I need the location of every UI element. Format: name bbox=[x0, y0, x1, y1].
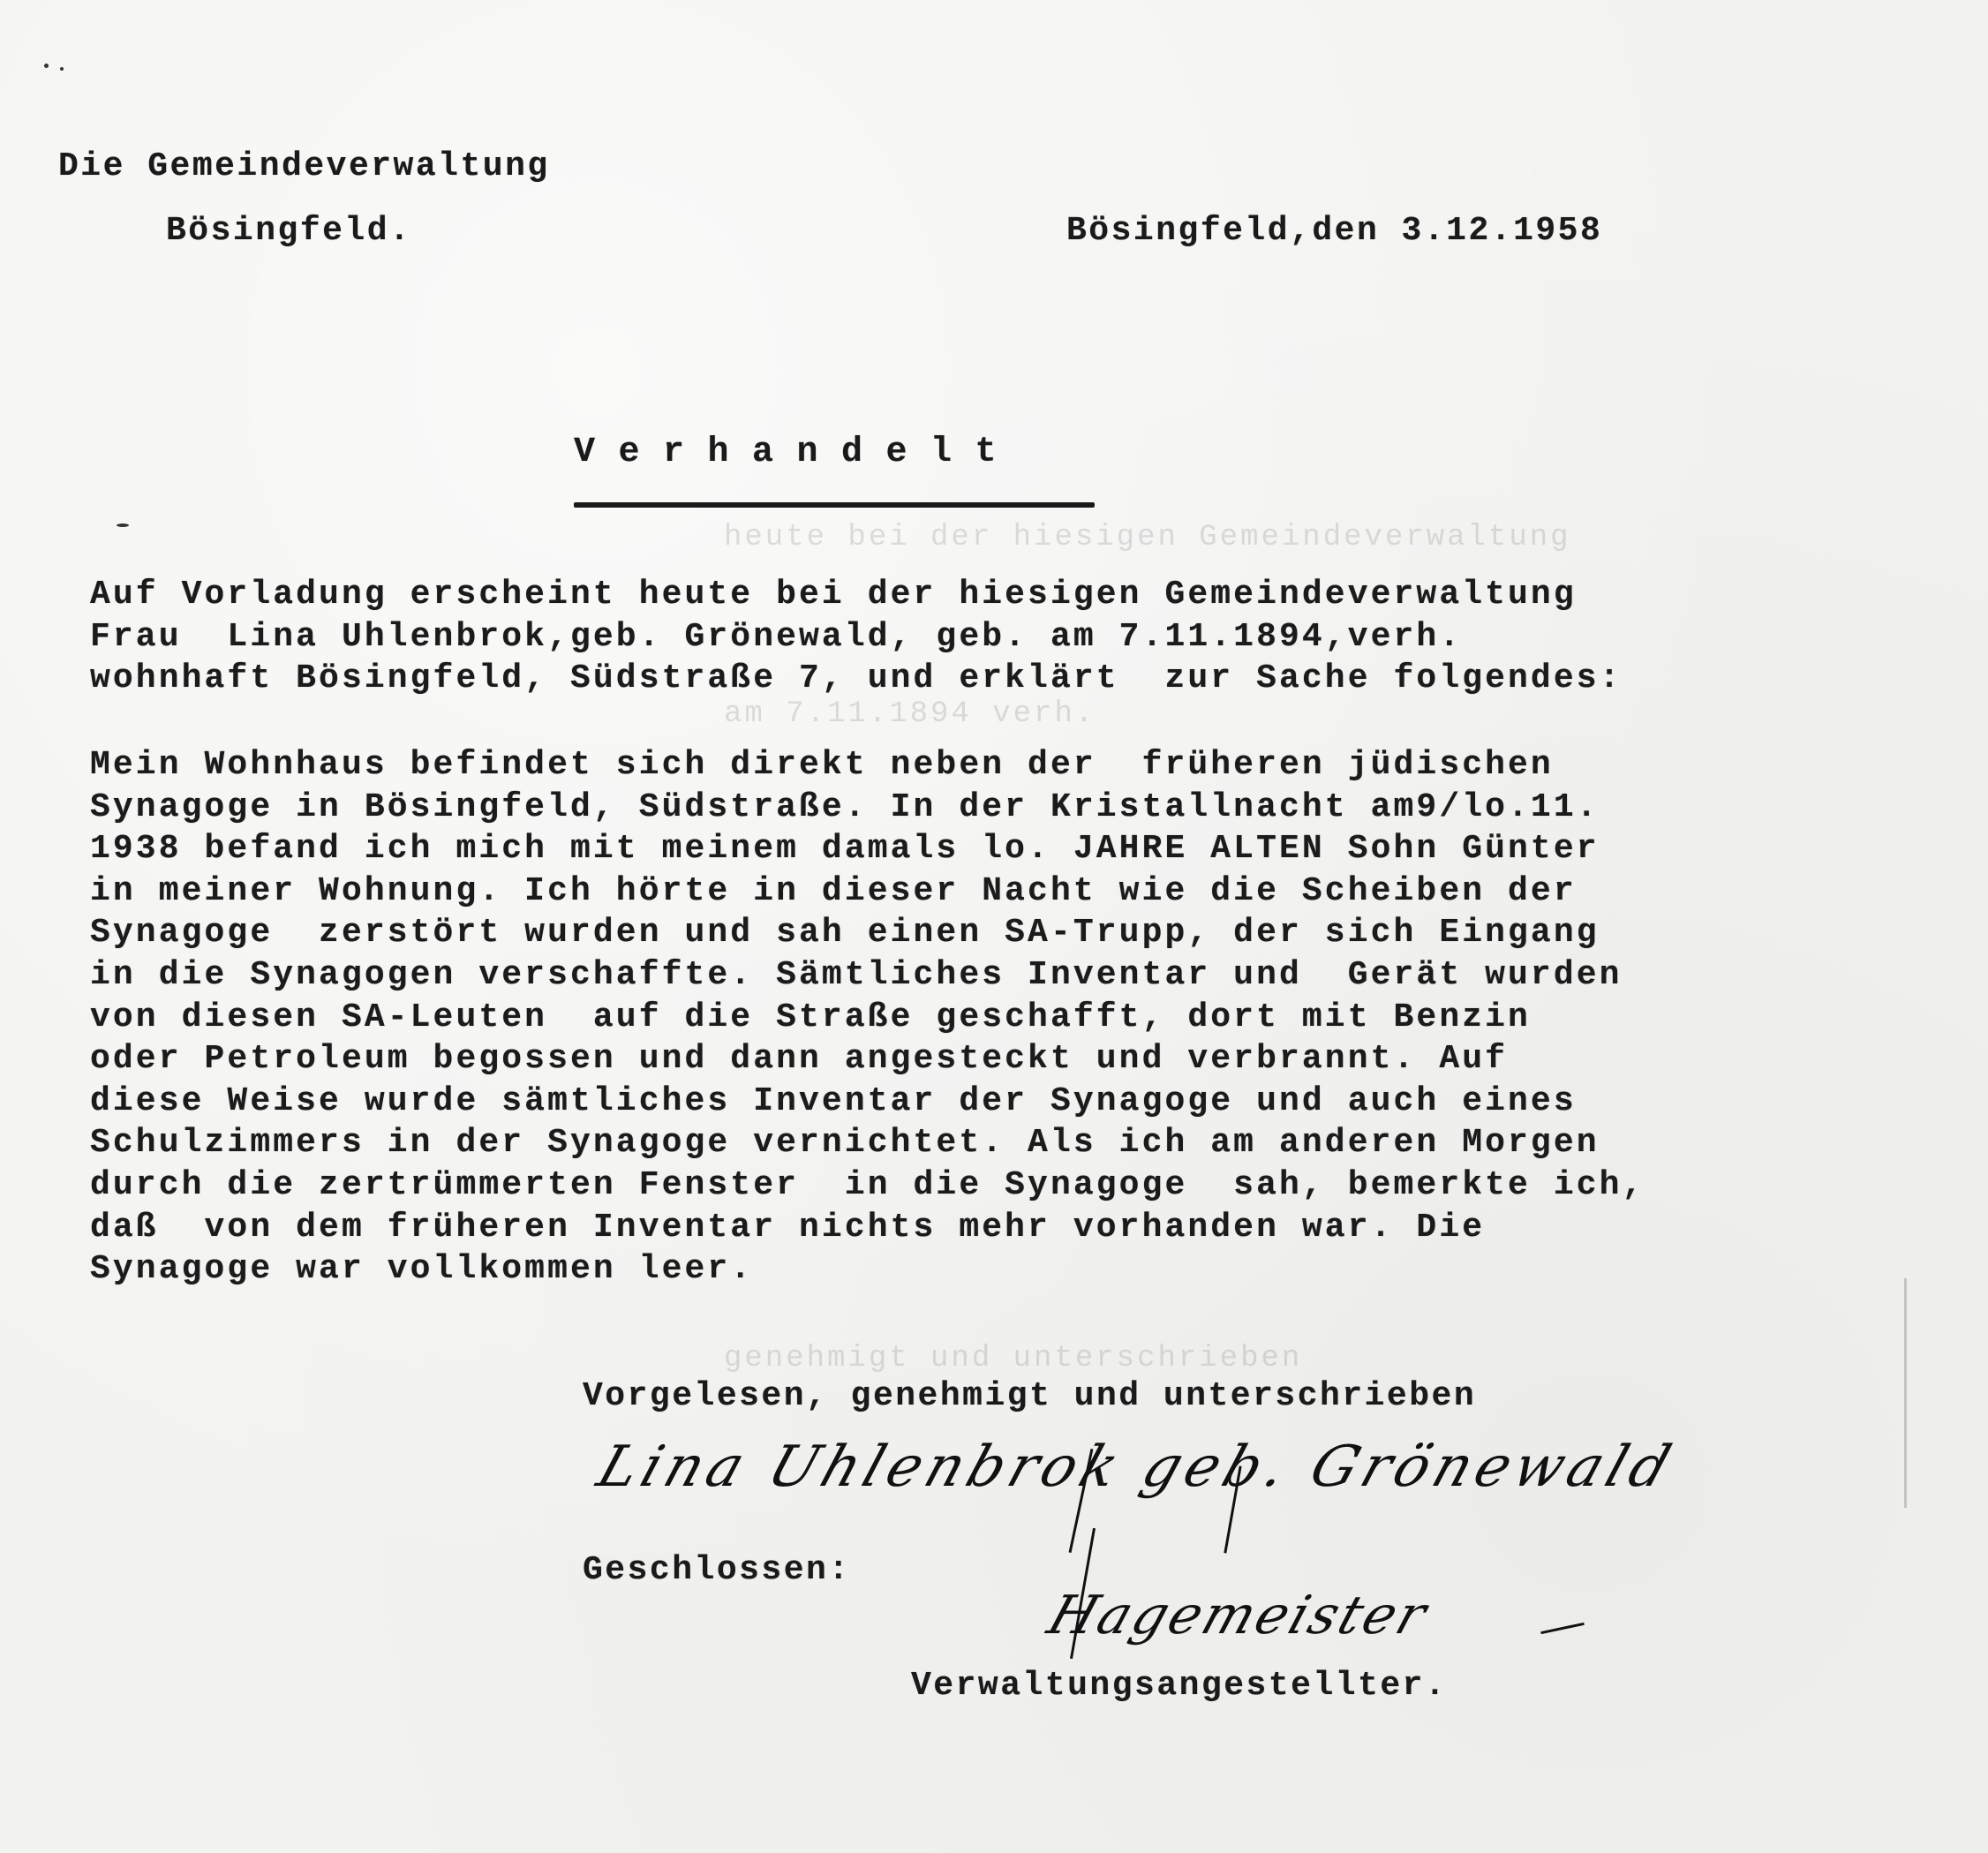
statement-line: oder Petroleum begossen und dann angeste… bbox=[90, 1038, 1645, 1081]
bleed-through-text: genehmigt und unterschrieben bbox=[724, 1342, 1302, 1375]
statement-line: 1938 befand ich mich mit meinem damals l… bbox=[90, 828, 1645, 870]
intro-line: wohnhaft Bösingfeld, Südstraße 7, und er… bbox=[90, 658, 1623, 700]
statement-paragraph: Mein Wohnhaus befindet sich direkt neben… bbox=[90, 744, 1645, 1291]
paper-speck bbox=[117, 524, 129, 527]
statement-line: Synagoge zerstört wurden und sah einen S… bbox=[90, 912, 1645, 954]
statement-line: Mein Wohnhaus befindet sich direkt neben… bbox=[90, 744, 1645, 787]
statement-line: von diesen SA-Leuten auf die Straße gesc… bbox=[90, 997, 1645, 1039]
statement-line: daß von dem früheren Inventar nichts meh… bbox=[90, 1207, 1645, 1249]
bleed-through-text: heute bei der hiesigen Gemeindeverwaltun… bbox=[724, 521, 1571, 554]
statement-line: Synagoge in Bösingfeld, Südstraße. In de… bbox=[90, 787, 1645, 829]
statement-line: Synagoge war vollkommen leer. bbox=[90, 1248, 1645, 1291]
place-and-date: Bösingfeld,den 3.12.1958 bbox=[1066, 215, 1602, 248]
statement-line: in die Synagogen verschaffte. Sämtliches… bbox=[90, 954, 1645, 997]
document-title: Verhandelt bbox=[574, 435, 1020, 471]
paper-speck bbox=[44, 64, 49, 68]
closing-formula: Vorgelesen, genehmigt und unterschrieben bbox=[583, 1380, 1476, 1413]
statement-line: in meiner Wohnung. Ich hörte in dieser N… bbox=[90, 870, 1645, 913]
witness-signature: Lina Uhlenbrok geb. Grönewald bbox=[590, 1435, 1683, 1500]
title-underline bbox=[574, 502, 1095, 508]
pencil-margin-mark bbox=[1904, 1278, 1907, 1508]
document-page: heute bei der hiesigen Gemeindeverwaltun… bbox=[0, 0, 1988, 1853]
closed-label: Geschlossen: bbox=[583, 1554, 851, 1587]
paper-speck bbox=[60, 67, 64, 71]
intro-line: Auf Vorladung erscheint heute bei der hi… bbox=[90, 574, 1623, 616]
official-role: Verwaltungsangestellter. bbox=[911, 1669, 1447, 1703]
signature-stroke bbox=[1540, 1623, 1585, 1634]
statement-line: diese Weise wurde sämtliches Inventar de… bbox=[90, 1081, 1645, 1123]
intro-line: Frau Lina Uhlenbrok,geb. Grönewald, geb.… bbox=[90, 616, 1623, 659]
issuing-authority: Die Gemeindeverwaltung bbox=[58, 150, 550, 184]
statement-line: durch die zertrümmerten Fenster in die S… bbox=[90, 1164, 1645, 1207]
bleed-through-text: am 7.11.1894 verh. bbox=[724, 697, 1096, 731]
intro-paragraph: Auf Vorladung erscheint heute bei der hi… bbox=[90, 574, 1623, 700]
authority-location: Bösingfeld. bbox=[166, 215, 411, 248]
official-signature: Hagemeister bbox=[1041, 1585, 1436, 1646]
statement-line: Schulzimmers in der Synagoge vernichtet.… bbox=[90, 1122, 1645, 1164]
